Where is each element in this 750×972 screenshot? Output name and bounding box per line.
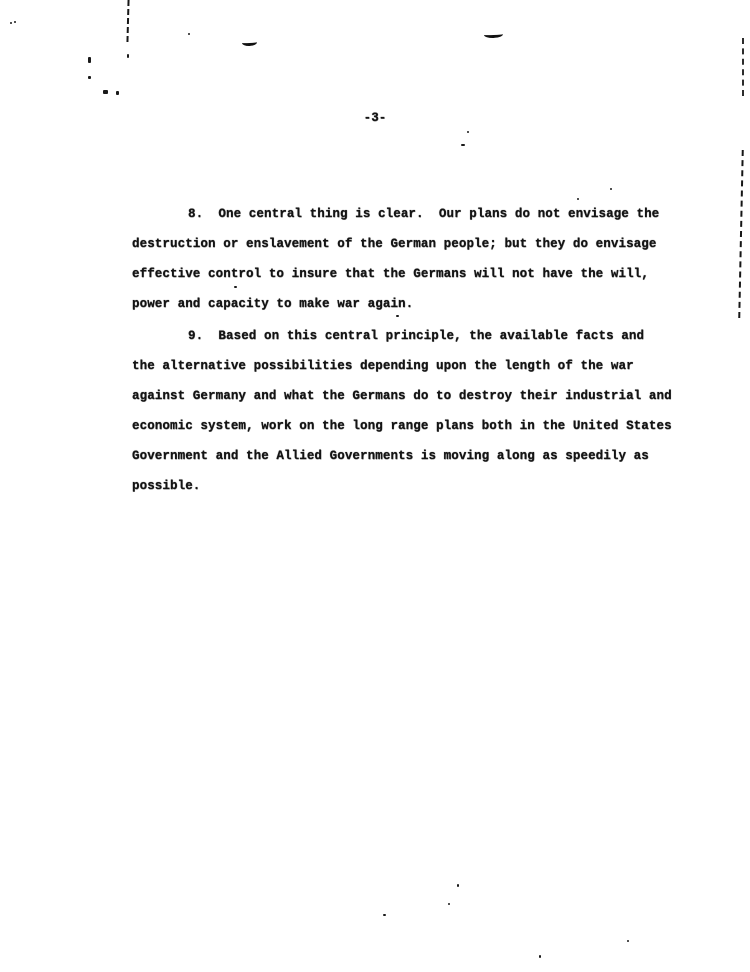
ink-speck — [14, 21, 16, 23]
document-page: -3- 8. One central thing is clear. Our p… — [0, 0, 750, 972]
pen-check-stroke — [484, 31, 503, 39]
ink-speck — [383, 914, 386, 916]
paragraph-9-line: the alternative possibilities depending … — [132, 351, 692, 381]
ink-speck — [539, 955, 541, 958]
paragraph-8-line: power and capacity to make war again. — [132, 289, 692, 319]
paragraph-9: 9. Based on this central principle, the … — [132, 321, 692, 501]
ink-speck — [103, 90, 108, 94]
scan-edge-mark-top — [126, 0, 129, 42]
paragraph-9-line: Government and the Allied Governments is… — [132, 441, 692, 471]
paragraph-8-line: 8. One central thing is clear. Our plans… — [132, 199, 692, 229]
ink-speck — [88, 76, 91, 79]
ink-speck — [88, 57, 91, 63]
paragraph-8-line: destruction or enslavement of the German… — [132, 229, 692, 259]
paragraph-8-line: effective control to insure that the Ger… — [132, 259, 692, 289]
ink-speck — [10, 22, 12, 24]
ink-speck — [448, 903, 450, 905]
ink-speck — [188, 33, 190, 35]
ink-speck — [467, 131, 469, 133]
ink-speck — [610, 188, 612, 190]
ink-speck — [127, 54, 129, 58]
paragraph-8: 8. One central thing is clear. Our plans… — [132, 199, 692, 319]
ink-speck — [627, 940, 629, 942]
paragraph-9-line: possible. — [132, 471, 692, 501]
ink-speck — [116, 91, 119, 95]
scan-edge-mark-right — [738, 150, 744, 318]
scan-edge-mark-right-upper — [742, 38, 744, 96]
paragraph-9-line: 9. Based on this central principle, the … — [132, 321, 692, 351]
paragraph-9-line: economic system, work on the long range … — [132, 411, 692, 441]
ink-speck — [461, 144, 465, 146]
ink-speck — [457, 884, 459, 887]
paragraph-9-line: against Germany and what the Germans do … — [132, 381, 692, 411]
pen-check-stroke — [242, 39, 257, 47]
page-number: -3- — [0, 111, 750, 125]
